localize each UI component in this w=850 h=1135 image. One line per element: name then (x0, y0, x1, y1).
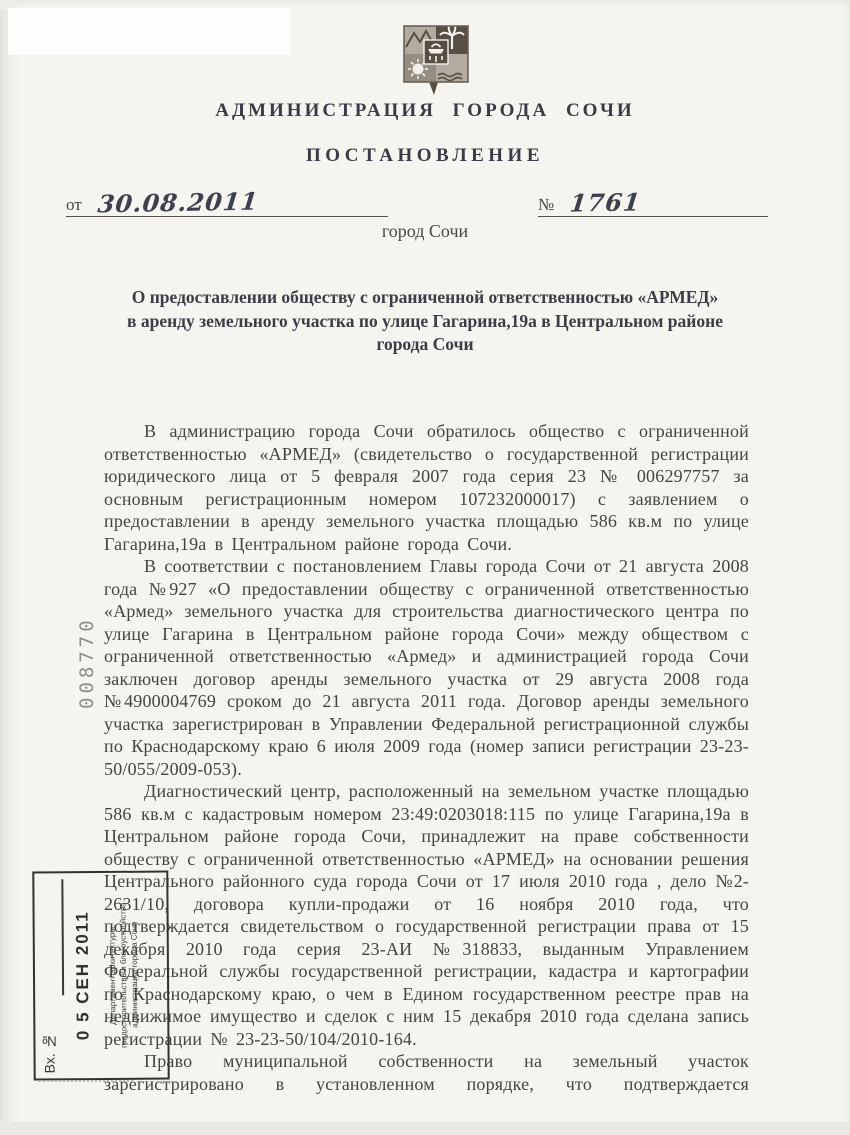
blank-form-number: 008770 (76, 588, 102, 738)
department-line: администрации города Сочи (128, 875, 140, 1075)
place-line: город Сочи (0, 221, 850, 242)
paragraph: В администрацию города Сочи обратилось о… (104, 420, 749, 555)
illegible-micro-text (38, 1080, 133, 1082)
scanned-document-page: АДМИНИСТРАЦИЯ ГОРОДА СОЧИ ПОСТАНОВЛЕНИЕ … (0, 0, 850, 1135)
number-field: №1761 (538, 186, 768, 217)
handwritten-date: 30.08.2011 (96, 187, 260, 219)
date-field: от30.08.2011 (66, 186, 388, 217)
paragraph: Диагностический центр, расположенный на … (104, 780, 749, 1050)
document-type-heading: ПОСТАНОВЛЕНИЕ (0, 145, 850, 167)
department-name: Департамент архитектуры, градостроительс… (106, 875, 161, 1075)
sochi-coat-of-arms-icon (398, 22, 474, 98)
organization-name: АДМИНИСТРАЦИЯ ГОРОДА СОЧИ (0, 100, 850, 122)
number-label: № (538, 195, 554, 214)
date-label: от (66, 195, 82, 214)
handwritten-number: 1761 (569, 187, 643, 217)
incoming-number-label: Вх. № (41, 973, 64, 1073)
redaction-white-patch (8, 8, 291, 55)
paragraph: Право муниципальной собственности на зем… (104, 1050, 749, 1095)
document-body: В администрацию города Сочи обратилось о… (104, 420, 749, 1095)
paragraph: В соответствии с постановлением Главы го… (104, 555, 749, 780)
department-line: градостроительства и благоустройства (117, 875, 129, 1075)
scan-edge-band (0, 1122, 850, 1135)
incoming-registration-stamp: Вх. № 0 5 СЕН 2011 Департамент архитекту… (32, 871, 169, 1081)
stamp-date: 0 5 СЕН 2011 (72, 877, 101, 1073)
document-title: О предоставлении обществу с ограниченной… (125, 286, 725, 357)
